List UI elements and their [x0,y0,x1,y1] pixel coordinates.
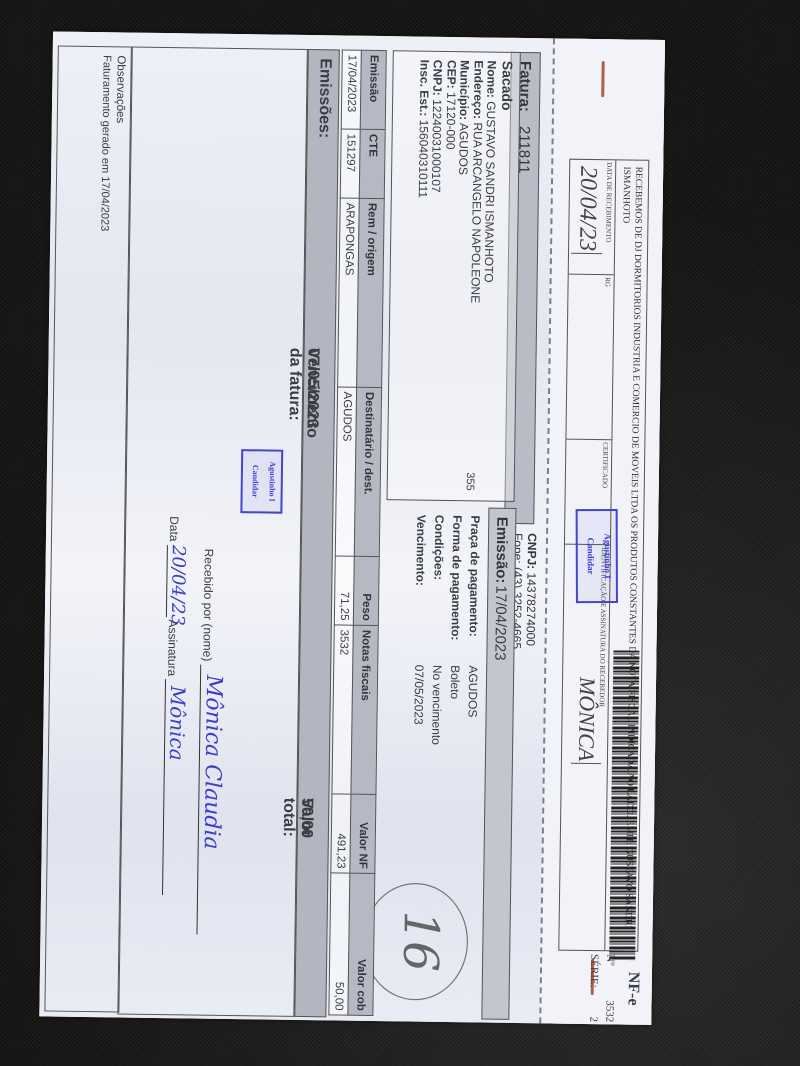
cell-issue-date: 17/04/2023 [341,50,361,129]
column-header: Valor cob [348,873,375,1015]
column-header: Emissão [360,50,386,129]
received-by-row: Recebido por (nome) Mônica Claudia [196,549,227,935]
staple [601,61,605,97]
column-header: CTE [359,129,385,198]
payer-cnpj: 12240031000107 [429,99,444,193]
stamp-line: Candidar [582,511,599,601]
total-value-amount: 50,00 [297,798,316,838]
date-label: Data [167,516,181,542]
field-label: Praça de pagamento: [464,515,484,665]
payer-cep: 17120-000 [443,92,458,150]
field-label: Vencimento: [410,515,430,665]
column-header: Destinatário / dest. [354,387,381,556]
field-label: Forma de pagamento: [446,515,466,665]
invoice-due-value: 07/05/2023 [303,348,322,428]
nfe-series-label: SÉRIE: [588,954,600,988]
receipt-cert-label: Certificado [601,442,610,488]
handwritten-number: 16 [392,910,449,972]
cell-weight: 71,25 [334,556,354,625]
signature-label: Assinatura [165,619,180,676]
field-label: Endereço: [471,60,486,119]
nfe-box: NF-e Nº 3532 SÉRIE: 2 [551,954,642,1023]
payer-state-registration: 156040310111 [416,120,431,199]
received-by-label: Recebido por (nome) [200,549,216,662]
column-header: Valor NF [350,794,376,873]
invoice-document: Recebemos de DJ Dormitorios Industria e … [39,31,665,1024]
receipt-rg-label: RG [604,277,612,287]
signature-handwritten: Mônica [162,680,190,896]
recipient-stamp: Agustinho I Candidar [240,449,283,514]
receipt-section: Agustinho I Candidar Recebido por (nome)… [117,47,307,1017]
cell-destination: AGUDOS [335,387,356,556]
cell-invoice-value: 491,23 [331,794,351,873]
receipt-date-cell: Data de recebimento 20/04/23 [569,160,616,276]
field-label: CNPJ: [431,60,446,96]
observations-text: Faturamento gerado em 17/04/2023 [98,55,112,231]
receipt-signature-handwritten: Mônica [571,675,602,765]
observations-section: Observações Faturamento gerado em 17/04/… [44,46,132,1013]
stamp-line: Agustinho I [263,451,281,511]
date-handwritten: 20/04/23 [166,545,189,617]
receipt-rg-cell: RG [566,275,613,441]
nfe-series: 2 [587,1017,599,1023]
receipt-signature-cell: Identificação e assinatura do recebedor … [559,545,610,951]
field-label: CEP: [444,60,458,89]
cell-invoice-numbers: 3532 [332,625,353,794]
payer-city: AGUDOS [457,123,472,175]
nfe-number-label: Nº [604,954,616,966]
payer-address-number: 355 [462,472,476,491]
company-stamp: Agustinho I Candidar [576,509,618,603]
cell-charged-value: 50,00 [329,873,350,1015]
receipt-date-handwritten: 20/04/23 [571,164,603,255]
payer-section: Sacado Nome: GUSTAVO SANDRI ISMANHOTO En… [387,50,521,502]
cell-origin: ARAPONGAS [338,198,360,387]
stamp-line: Candidar [246,451,264,511]
issue-date-label: Emissão: [493,509,511,584]
stamp-line: Agustinho I [599,511,616,601]
field-label: Insc. Est.: [417,60,432,117]
field-label: Nome: [485,60,500,98]
date-signature-row: Data 20/04/23 Assinatura Mônica [162,516,192,896]
payment-method: Boleto [446,665,464,699]
nfe-title: NF-e [623,955,642,1023]
issues-label: Emissões: [315,58,334,138]
issuer-cnpj-label: CNPJ: [525,533,540,569]
received-by-handwritten: Mônica Claudia [196,665,226,935]
payment-info: Praça de pagamento:AGUDOS Forma de pagam… [407,515,485,916]
cell-cte: 151297 [340,129,360,198]
receipt-stub: Recebemos de DJ Dormitorios Industria e … [539,38,665,1024]
barcode [609,650,639,960]
column-header: Notas fiscais [351,625,378,794]
issue-date: 17/04/2023 [492,583,510,660]
receipt-date-label: Data de recebimento [604,162,613,242]
due-date: 07/05/2023 [409,665,428,725]
field-label: Condições: [428,515,448,665]
issuer-cnpj: 14378274000 [524,572,539,646]
nfe-number: 3532 [603,1000,615,1022]
payment-terms: No vencimento [427,665,446,745]
column-header: Rem / origem [357,198,385,387]
column-header: Peso [353,556,379,625]
invoice-body: Fatura: 211811 CNPJ: 14378274000 Fone: (… [39,31,553,1023]
payment-place: AGUDOS [464,665,483,717]
field-label: Município: [457,60,472,120]
